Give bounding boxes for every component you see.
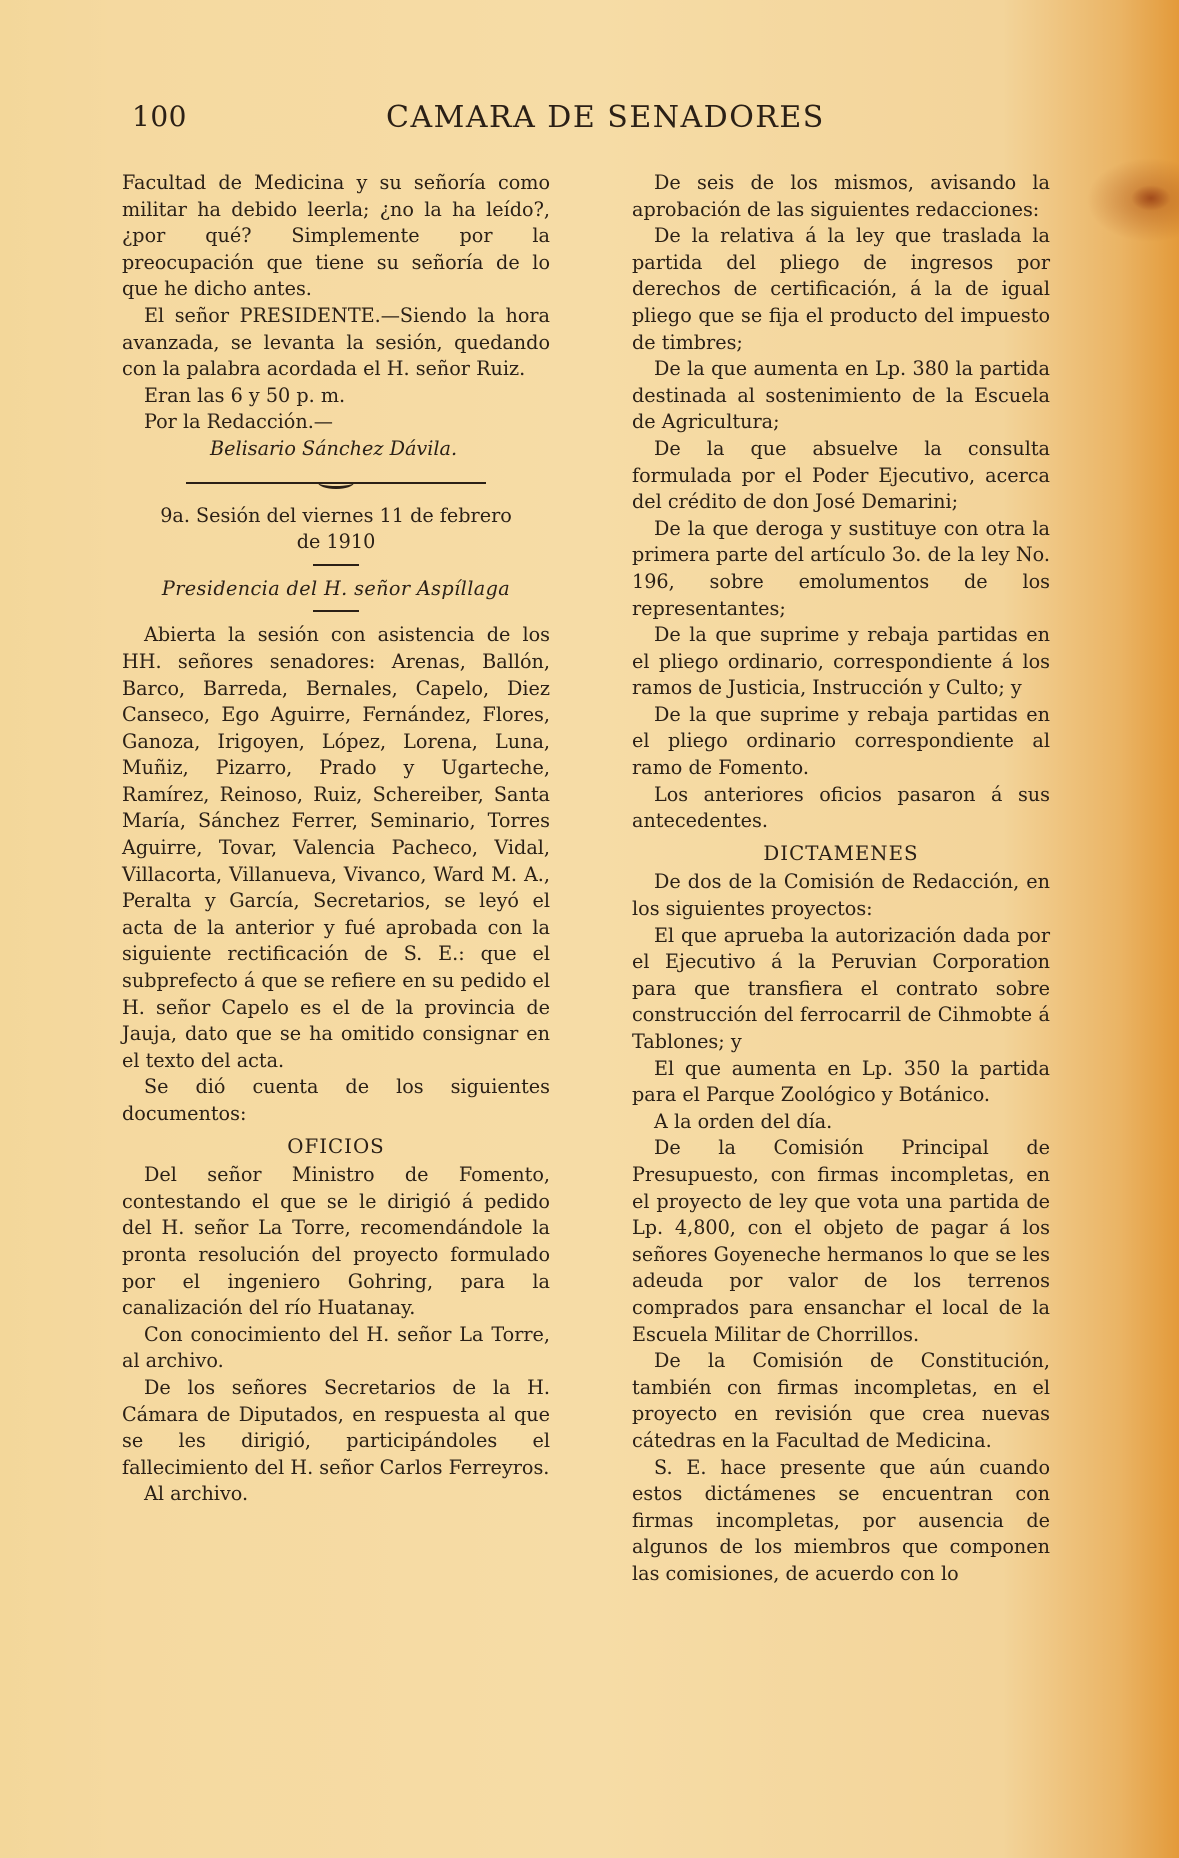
- paragraph: S. E. hace presente que aún cuando estos…: [632, 1455, 1050, 1588]
- paragraph: De la que suprime y rebaja partidas en e…: [632, 702, 1050, 782]
- paragraph: De la que deroga y sustituye con otra la…: [632, 516, 1050, 622]
- paragraph: De la que suprime y rebaja partidas en e…: [632, 622, 1050, 702]
- paragraph: Con conocimiento del H. señor La Torre, …: [122, 1322, 550, 1375]
- ornamental-divider: [186, 475, 486, 489]
- paragraph: De la Comisión de Constitución, también …: [632, 1348, 1050, 1454]
- right-column: De seis de los mismos, avisando la aprob…: [632, 170, 1050, 1587]
- paragraph: El señor PRESIDENTE.—Siendo la hora avan…: [122, 303, 550, 383]
- session-title: 9a. Sesión del viernes 11 de febrero: [122, 503, 550, 530]
- paragraph: Al archivo.: [122, 1481, 550, 1508]
- paragraph: Abierta la sesión con asistencia de los …: [122, 622, 550, 1074]
- paragraph: Del señor Ministro de Fomento, contestan…: [122, 1162, 550, 1322]
- left-column: Facultad de Medicina y su señoría como m…: [122, 170, 550, 1508]
- presidency-heading: Presidencia del H. señor Aspíllaga: [122, 576, 550, 603]
- section-heading-dictamenes: DICTAMENES: [632, 841, 1050, 868]
- paragraph: Se dió cuenta de los siguientes document…: [122, 1074, 550, 1127]
- paragraph: De los señores Secretarios de la H. Cáma…: [122, 1375, 550, 1481]
- paragraph: A la orden del día.: [632, 1109, 1050, 1136]
- paragraph: De dos de la Comisión de Redacción, en l…: [632, 869, 1050, 922]
- paragraph: De la relativa á la ley que traslada la …: [632, 223, 1050, 356]
- paper-stain: [1131, 185, 1171, 211]
- divider: [313, 610, 359, 612]
- session-title-year: de 1910: [122, 529, 550, 556]
- paragraph: De la Comisión Principal de Presupuesto,…: [632, 1135, 1050, 1348]
- paragraph: De seis de los mismos, avisando la aprob…: [632, 170, 1050, 223]
- paragraph: El que aumenta en Lp. 350 la partida par…: [632, 1056, 1050, 1109]
- paragraph: Facultad de Medicina y su señoría como m…: [122, 170, 550, 303]
- signature: Belisario Sánchez Dávila.: [122, 436, 550, 463]
- page-header: 100 CAMARA DE SENADORES: [132, 100, 1032, 140]
- paragraph: De la que absuelve la consulta formulada…: [632, 436, 1050, 516]
- paragraph: Los anteriores oficios pasaron á sus ant…: [632, 782, 1050, 835]
- section-heading-oficios: OFICIOS: [122, 1134, 550, 1161]
- paragraph: Eran las 6 y 50 p. m.: [122, 383, 550, 410]
- paragraph: De la que aumenta en Lp. 380 la partida …: [632, 356, 1050, 436]
- paragraph: El que aprueba la autorización dada por …: [632, 923, 1050, 1056]
- page-number: 100: [132, 100, 187, 133]
- paragraph: Por la Redacción.—: [122, 409, 550, 436]
- divider: [313, 564, 359, 566]
- document-page: 100 CAMARA DE SENADORES Facultad de Medi…: [0, 0, 1179, 1858]
- running-title: CAMARA DE SENADORES: [386, 100, 825, 135]
